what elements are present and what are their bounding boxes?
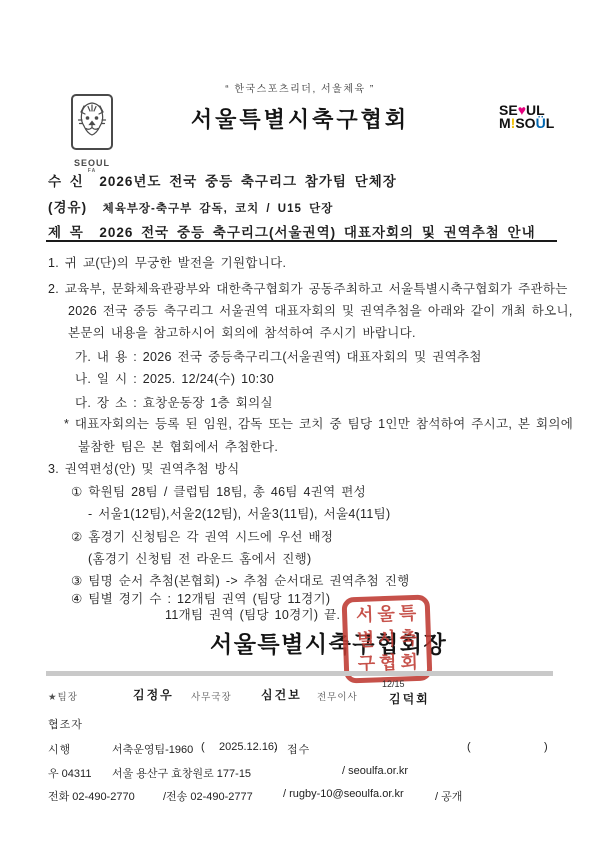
body-line: 가. 내 용 : 2026 전국 중등축구리그(서울권역) 대표자회의 및 권역… <box>75 347 482 365</box>
cooperator-label: 협조자 <box>48 716 83 732</box>
body-line: 불참한 팀은 본 협회에서 추첨한다. <box>78 437 278 455</box>
mysoul-text: M <box>499 115 511 131</box>
body-line: * 대표자회의는 등록 된 임원, 감독 또는 코치 중 팀당 1인만 참석하여… <box>64 414 573 432</box>
approver-name: 김정우 <box>133 686 174 703</box>
approver-name: 심건보 <box>261 686 302 703</box>
zip-code: 우 04311 <box>48 765 91 781</box>
recipient-label: 수 신 <box>48 174 84 189</box>
document-number: 서축운영팀-1960 <box>112 741 193 757</box>
approval-date: 12/15 <box>382 679 405 689</box>
paren: ) <box>274 741 278 753</box>
mysoul-text: SO <box>515 115 535 131</box>
body-line: (홈경기 신청팀 전 라운드 홈에서 진행) <box>88 549 311 567</box>
body-line: 2. 교육부, 문화체육관광부와 대한축구협회가 공동주최하고 서울특별시축구협… <box>48 279 568 297</box>
disclosure-label: / 공개 <box>435 788 462 804</box>
via-line: (경유) 체육부장-축구부 감독, 코치 / U15 단장 <box>48 196 333 216</box>
recipient-value: 2026년도 전국 중등 축구리그 참가팀 단체장 <box>99 174 396 189</box>
paren: ( <box>467 741 471 753</box>
fa-logo-label: SEOUL <box>66 158 118 168</box>
subject-underline <box>46 240 557 242</box>
body-line: 1. 귀 교(단)의 무궁한 발전을 기원합니다. <box>48 253 286 271</box>
approver-role: ★팀장 <box>48 689 78 703</box>
telephone: 전화 02-490-2770 <box>48 788 135 804</box>
address: 서울 용산구 효창원로 177-15 <box>112 765 251 781</box>
receive-label: 접수 <box>287 741 310 757</box>
header-slogan: “ 한국스포츠리더, 서울체육 ” <box>0 80 600 95</box>
approver-role: 전무이사 <box>317 689 358 703</box>
document-page: “ 한국스포츠리더, 서울체육 ” SEOUL FA 서울특별시축구협회 SE♥… <box>0 0 600 848</box>
seal-text: 서울특 별시축 구협회 <box>348 603 426 676</box>
body-line: ② 홈경기 신청팀은 각 권역 시드에 우선 배정 <box>71 527 333 545</box>
send-label: 시행 <box>48 741 71 757</box>
approver-name: 김덕회 <box>389 690 430 707</box>
fax: /전송 02-490-2777 <box>163 788 253 804</box>
seal-row: 별시축 <box>353 627 422 650</box>
email: / rugby-10@seoulfa.or.kr <box>283 788 404 800</box>
body-line: - 서울1(12팀),서울2(12팀), 서울3(11팀), 서울4(11팀) <box>88 504 390 522</box>
send-date: 2025.12.16. <box>219 741 277 753</box>
paren: ( <box>201 741 205 753</box>
body-line: 11개팀 권역 (팀당 10경기) 끝. <box>165 605 340 623</box>
footer-divider <box>46 671 553 676</box>
seal-row: 서울특 <box>352 603 421 626</box>
body-line: 3. 권역편성(안) 및 권역추첨 방식 <box>48 459 240 477</box>
via-value: 체육부장-축구부 감독, 코치 / U15 단장 <box>103 203 334 215</box>
mysoul-line2: M!SOÜL <box>499 117 554 130</box>
mysoul-text: L <box>546 115 555 131</box>
body-line: 본문의 내용을 참고하시어 회의에 참석하여 주시기 바랍니다. <box>68 323 416 341</box>
paren: ) <box>544 741 548 753</box>
body-line: 나. 일 시 : 2025. 12/24(수) 10:30 <box>75 369 274 387</box>
body-line: 다. 장 소 : 효창운동장 1층 회의실 <box>75 393 273 411</box>
subject-value: 2026 전국 중등 축구리그(서울권역) 대표자회의 및 권역추첨 안내 <box>99 225 535 240</box>
body-line: 2026 전국 중등 축구리그 서울권역 대표자회의 및 권역추첨을 아래와 같… <box>68 301 573 319</box>
body-line: ① 학원팀 28팀 / 클럽팀 18팀, 총 46팀 4권역 편성 <box>71 482 366 500</box>
seoul-my-soul-logo: SE♥UL M!SOÜL <box>499 104 554 129</box>
website: / seoulfa.or.kr <box>342 765 408 777</box>
via-label: (경유) <box>48 200 87 215</box>
body-line: ③ 팀명 순서 추첨(본협회) -> 추첨 순서대로 권역추첨 진행 <box>71 571 410 589</box>
approver-role: 사무국장 <box>191 689 232 703</box>
recipient-line: 수 신 2026년도 전국 중등 축구리그 참가팀 단체장 <box>48 170 397 190</box>
subject-label: 제 목 <box>48 225 84 240</box>
smiley-u-icon: Ü <box>536 115 546 131</box>
subject-line: 제 목 2026 전국 중등 축구리그(서울권역) 대표자회의 및 권역추첨 안… <box>48 221 536 241</box>
